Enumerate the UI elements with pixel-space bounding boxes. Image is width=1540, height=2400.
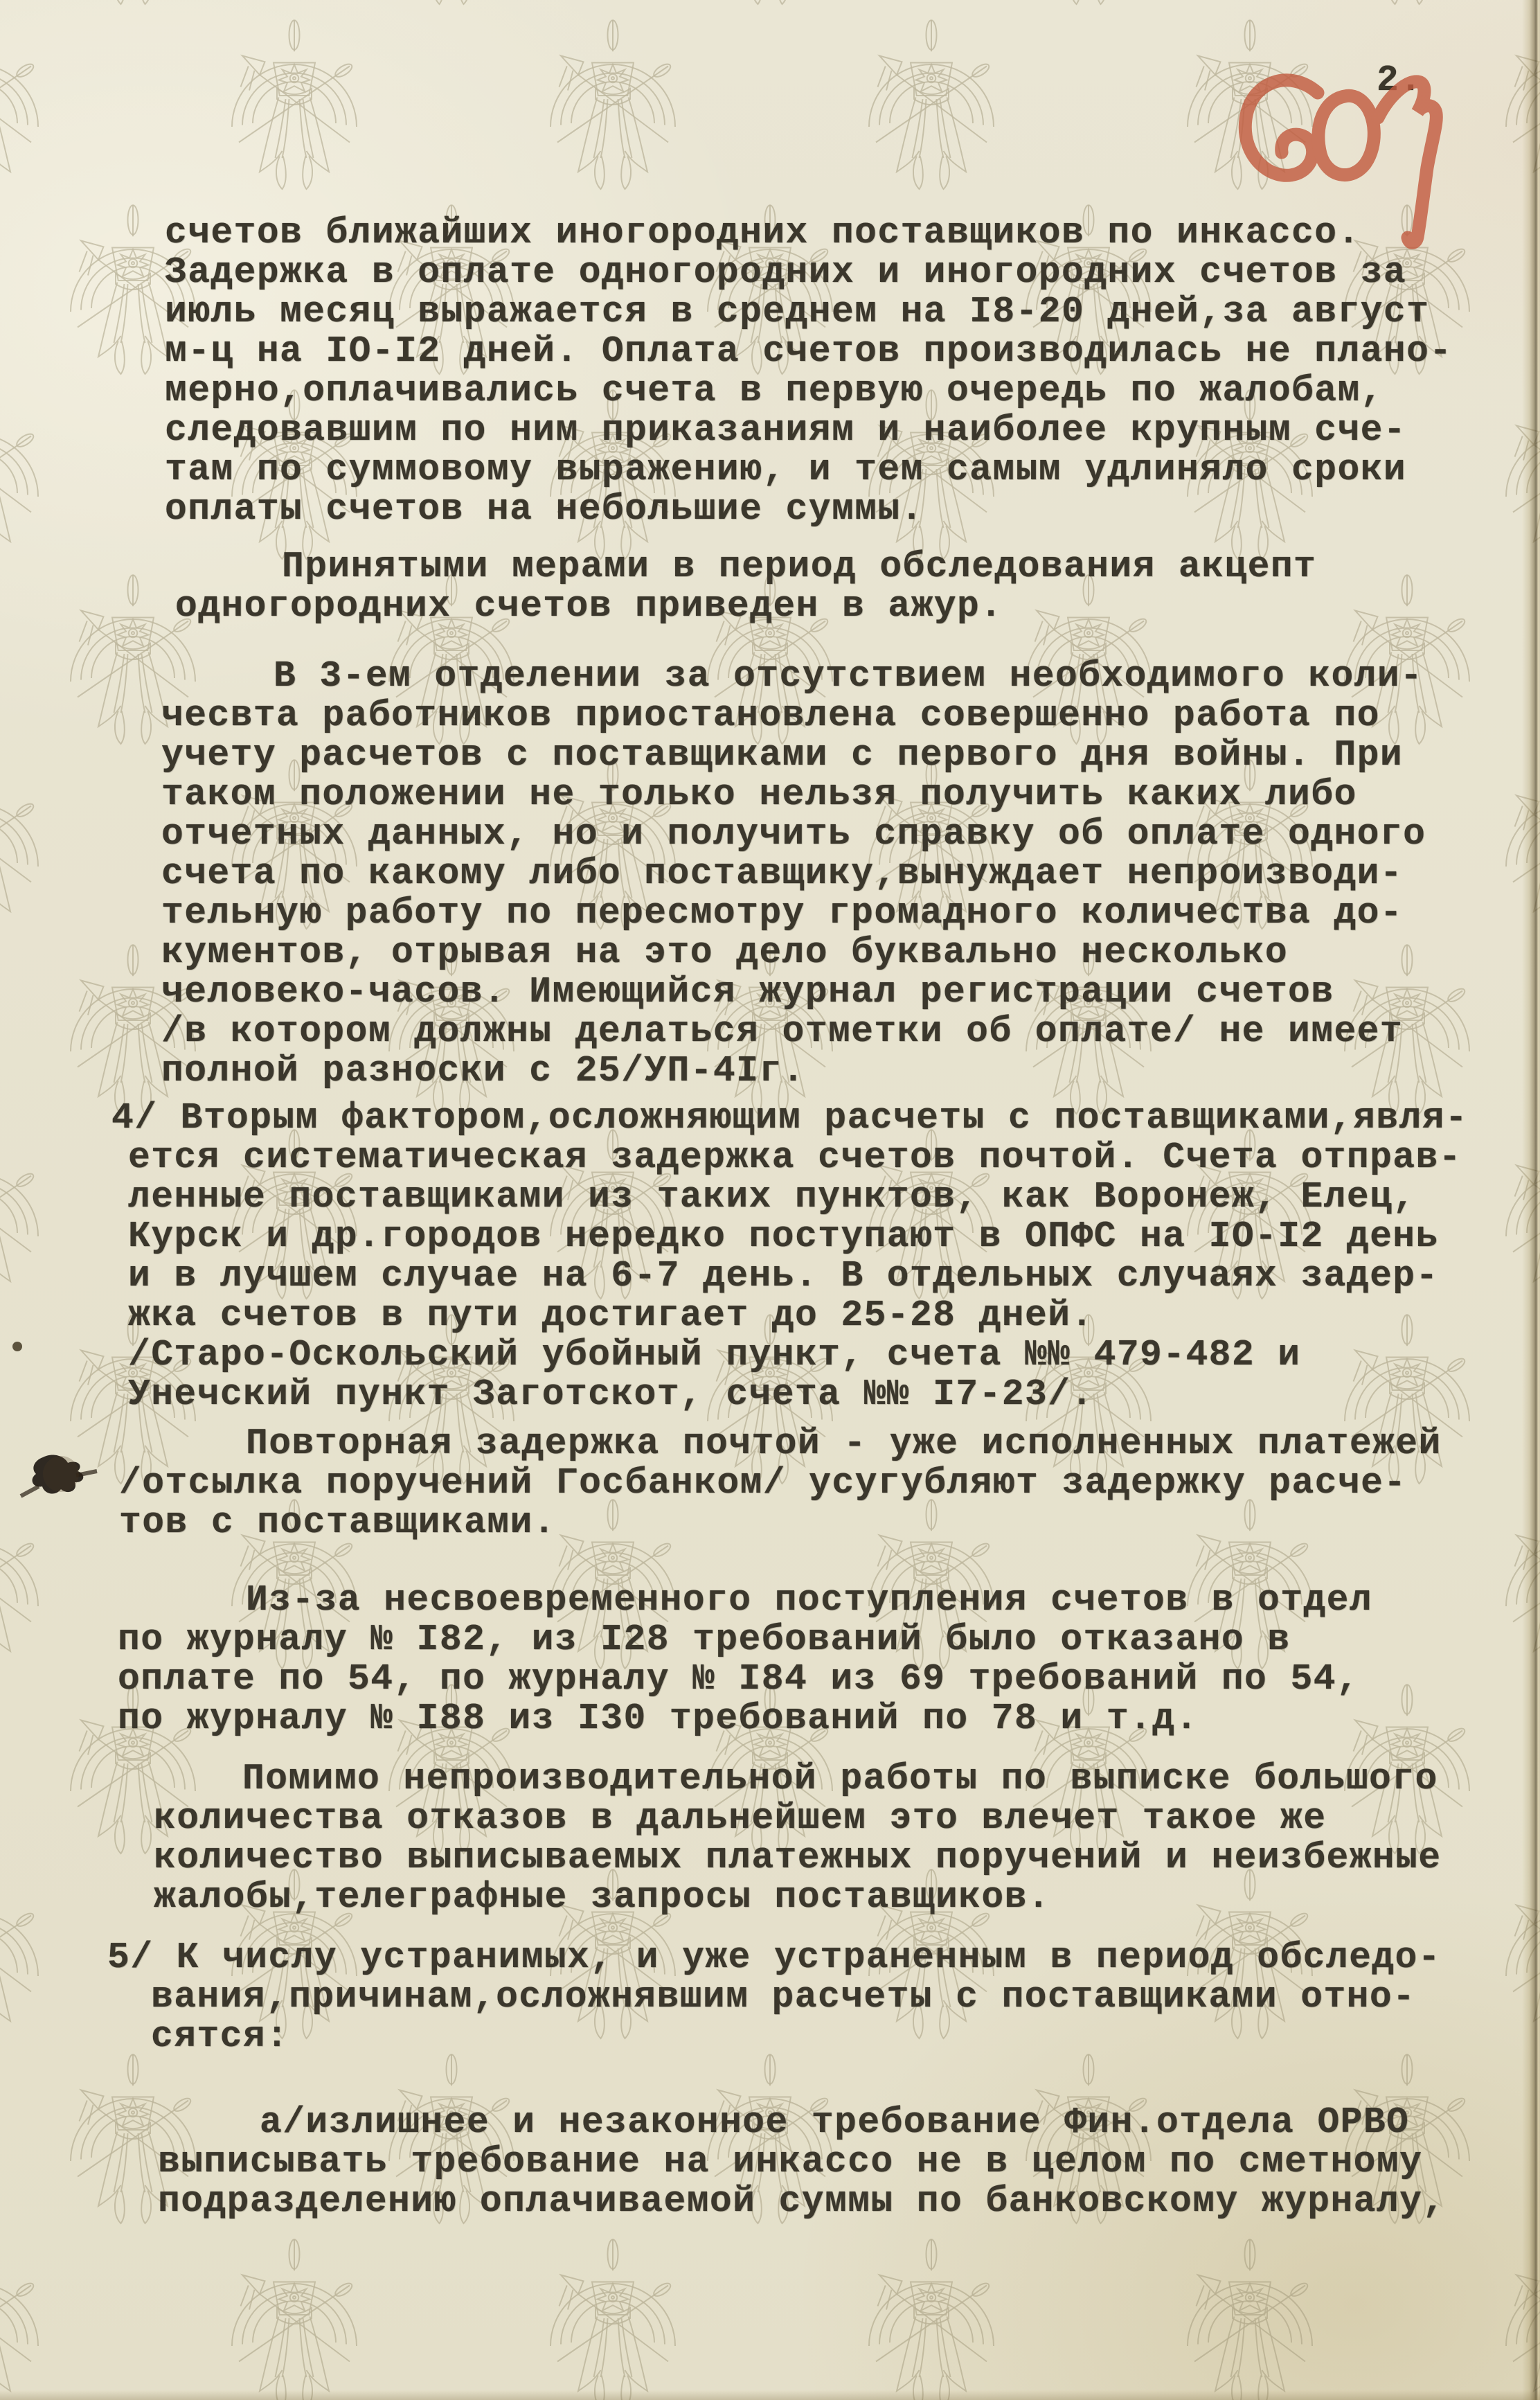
text-line: человеко-часов. Имеющийся журнал регистр…	[161, 972, 1540, 1012]
text-line: количество выписываемых платежных поруче…	[154, 1838, 1540, 1878]
text-line: одногородних счетов приведен в ажур.	[175, 587, 1540, 626]
text-line: Повторная задержка почтой - уже исполнен…	[246, 1424, 1540, 1464]
paragraph-6: Из-за несвоевременного поступления счето…	[118, 1581, 1540, 1739]
text-line: следовавшим по ним приказаниям и наиболе…	[165, 411, 1540, 450]
paragraph-8: 5/ К числу устранимых, и уже устраненным…	[151, 1938, 1540, 2056]
paragraph-7: Помимо непроизводительной работы по выпи…	[154, 1759, 1540, 1917]
text-line: мерно,оплачивались счета в первую очеред…	[165, 371, 1540, 411]
text-line: Курск и др.городов нередко поступают в О…	[128, 1217, 1540, 1256]
text-line: /в котором должны делаться отметки об оп…	[161, 1012, 1540, 1051]
text-line: м-ц на IO-I2 дней. Оплата счетов произво…	[165, 332, 1540, 371]
text-line: ленные поставщиками из таких пунктов, ка…	[128, 1177, 1540, 1217]
text-line: а/излишнее и незаконное требование Фин.о…	[260, 2103, 1540, 2142]
text-line: учету расчетов с поставщиками с первого …	[161, 736, 1540, 775]
text-line: по журналу № I82, из I28 требований было…	[118, 1620, 1540, 1660]
text-line: по журналу № I88 из I30 требований по 78…	[118, 1699, 1540, 1739]
text-line: Задержка в оплате одногородних и иногоро…	[165, 253, 1540, 292]
text-line: чесвта работников приостановлена соверше…	[161, 696, 1540, 736]
text-line: счетов ближайших иногородних поставщиков…	[165, 213, 1540, 253]
text-line: и в лучшем случае на 6-7 день. В отдельн…	[128, 1256, 1540, 1296]
text-line: /отсылка поручений Госбанком/ усугубляют…	[119, 1464, 1540, 1503]
text-line: Принятыми мерами в период обследования а…	[282, 547, 1540, 587]
text-line: Помимо непроизводительной работы по выпи…	[242, 1759, 1540, 1799]
paragraph-9: а/излишнее и незаконное требование Фин.о…	[158, 2103, 1540, 2221]
text-line: Унечский пункт Заготскот, счета №№ I7-23…	[128, 1375, 1540, 1414]
text-line: вания,причинам,осложнявшим расчеты с пос…	[151, 1977, 1540, 2017]
text-line: июль месяц выражается в среднем на I8-20…	[165, 292, 1540, 332]
paragraph-4: 4/ Вторым фактором,осложняющим расчеты с…	[128, 1099, 1540, 1414]
typed-page-number: 2.	[1377, 60, 1422, 101]
text-line-with-item-marker: 4/ Вторым фактором,осложняющим расчеты с…	[111, 1099, 1540, 1138]
paragraph-3: В 3-ем отделении за отсутствием необходи…	[161, 657, 1540, 1091]
text-line: /Старо-Оскольский убойный пункт, счета №…	[128, 1335, 1540, 1375]
text-line: В 3-ем отделении за отсутствием необходи…	[274, 657, 1540, 696]
text-line: ется систематическая задержка счетов поч…	[128, 1138, 1540, 1177]
text-line: выписывать требование на инкассо не в це…	[158, 2142, 1540, 2182]
text-line: тов с поставщиками.	[119, 1503, 1540, 1543]
text-line: отчетных данных, но и получить справку о…	[161, 815, 1540, 854]
text-line: счета по какому либо поставщику,вынуждае…	[161, 854, 1540, 894]
text-line: Из-за несвоевременного поступления счето…	[246, 1581, 1540, 1620]
text-layer: счетов ближайших иногородних поставщиков…	[0, 0, 1540, 2400]
text-line: жалобы,телеграфные запросы поставщиков.	[154, 1878, 1540, 1917]
text-line: подразделению оплачиваемой суммы по банк…	[158, 2182, 1540, 2221]
text-line: полной разноски с 25/УП-4Iг.	[161, 1051, 1540, 1091]
paragraph-5: Повторная задержка почтой - уже исполнен…	[119, 1424, 1540, 1543]
text-line: кументов, отрывая на это дело буквально …	[161, 933, 1540, 972]
text-line: сятся:	[151, 2017, 1540, 2056]
text-line: таком положении не только нельзя получит…	[161, 775, 1540, 815]
text-line: оплаты счетов на небольшие суммы.	[165, 490, 1540, 529]
text-line-with-item-marker: 5/ К числу устранимых, и уже устраненным…	[107, 1938, 1540, 1977]
paragraph-1: счетов ближайших иногородних поставщиков…	[165, 213, 1540, 529]
text-line: оплате по 54, по журналу № I84 из 69 тре…	[118, 1660, 1540, 1699]
text-line: жка счетов в пути достигает до 25-28 дне…	[128, 1296, 1540, 1335]
text-line: количества отказов в дальнейшем это влеч…	[154, 1799, 1540, 1838]
text-line: там по суммовому выражению, и тем самым …	[165, 450, 1540, 490]
paragraph-2: Принятыми мерами в период обследования а…	[175, 547, 1540, 626]
text-line: тельную работу по пересмотру громадного …	[161, 894, 1540, 933]
